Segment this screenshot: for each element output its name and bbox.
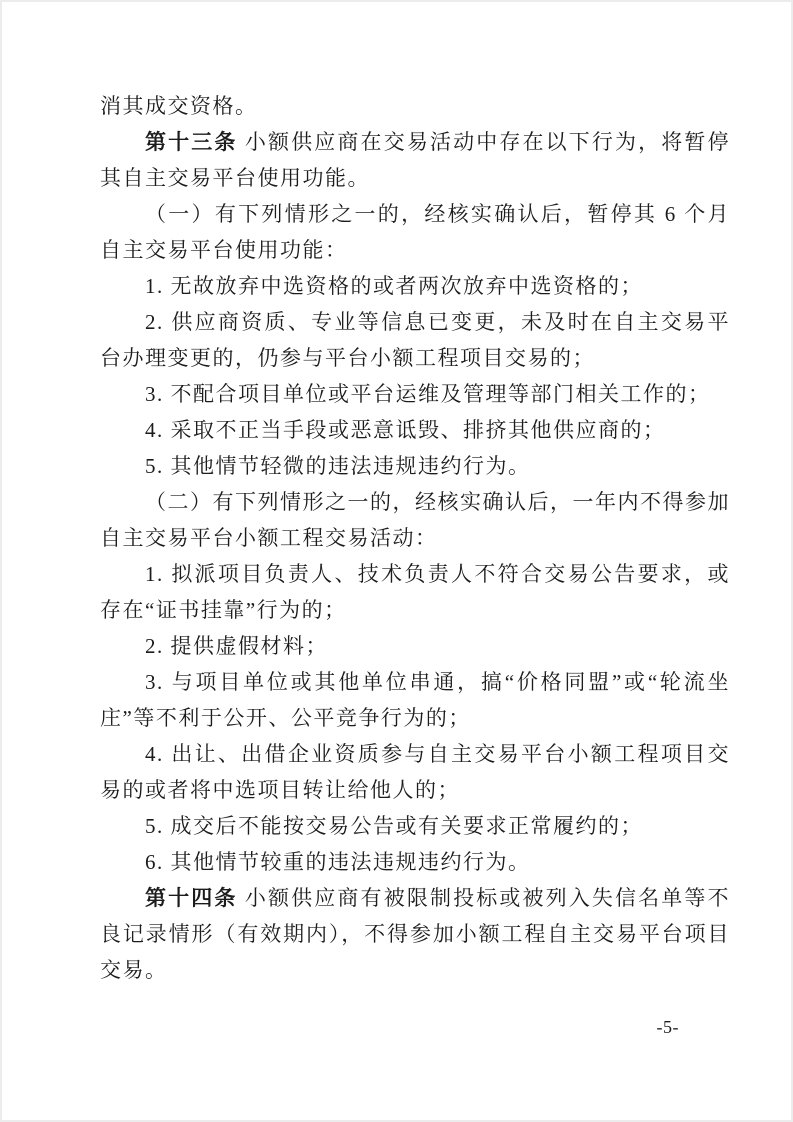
list-item: 4. 出让、出借企业资质参与自主交易平台小额工程项目交易的或者将中选项目转让给他… (100, 736, 730, 808)
page-number: -5- (657, 1016, 680, 1038)
paragraph-continuation: 消其成交资格。 (100, 88, 730, 124)
paragraph-section-1: （一）有下列情形之一的，经核实确认后，暂停其 6 个月自主交易平台使用功能： (100, 196, 730, 268)
list-item: 5. 其他情节轻微的违法违规违约行为。 (100, 448, 730, 484)
list-item: 1. 拟派项目负责人、技术负责人不符合交易公告要求，或存在“证书挂靠”行为的； (100, 556, 730, 628)
document-page: 消其成交资格。 第十三条 小额供应商在交易活动中存在以下行为，将暂停其自主交易平… (0, 0, 793, 1122)
list-item: 6. 其他情节较重的违法违规违约行为。 (100, 844, 730, 880)
article-14-label: 第十四条 (145, 886, 238, 910)
article-13-label: 第十三条 (145, 130, 238, 154)
list-item: 3. 与项目单位或其他单位串通，搞“价格同盟”或“轮流坐庄”等不利于公开、公平竞… (100, 664, 730, 736)
list-item: 2. 供应商资质、专业等信息已变更，未及时在自主交易平台办理变更的，仍参与平台小… (100, 304, 730, 376)
paragraph-article-13: 第十三条 小额供应商在交易活动中存在以下行为，将暂停其自主交易平台使用功能。 (100, 124, 730, 196)
list-item: 5. 成交后不能按交易公告或有关要求正常履约的； (100, 808, 730, 844)
list-item: 1. 无故放弃中选资格的或者两次放弃中选资格的； (100, 268, 730, 304)
list-item: 3. 不配合项目单位或平台运维及管理等部门相关工作的； (100, 376, 730, 412)
list-item: 2. 提供虚假材料； (100, 628, 730, 664)
list-item: 4. 采取不正当手段或恶意诋毁、排挤其他供应商的； (100, 412, 730, 448)
paragraph-section-2: （二）有下列情形之一的，经核实确认后，一年内不得参加自主交易平台小额工程交易活动… (100, 484, 730, 556)
document-body: 消其成交资格。 第十三条 小额供应商在交易活动中存在以下行为，将暂停其自主交易平… (100, 88, 730, 988)
paragraph-article-14: 第十四条 小额供应商有被限制投标或被列入失信名单等不良记录情形（有效期内），不得… (100, 880, 730, 988)
